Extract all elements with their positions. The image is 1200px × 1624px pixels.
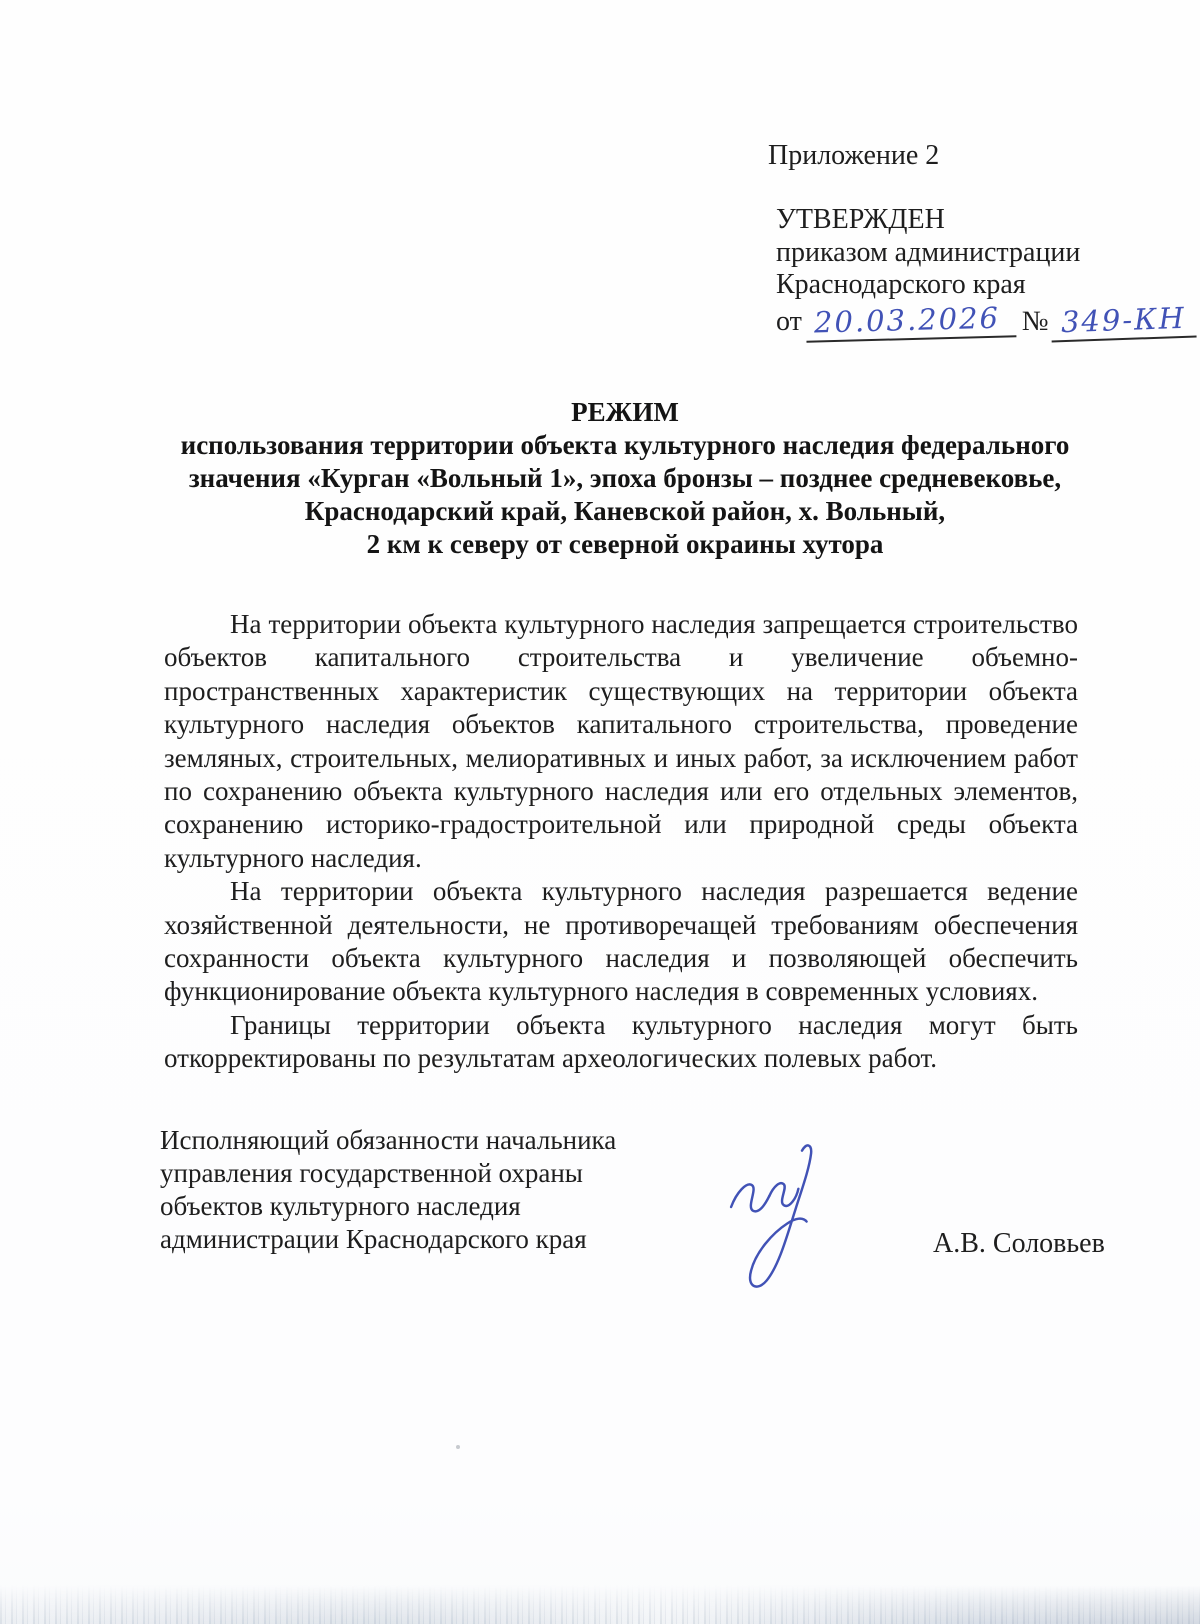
- approval-status: УТВЕРЖДЕН: [776, 204, 1196, 237]
- date-prefix-label: от: [776, 306, 802, 339]
- handwritten-signature-icon: [722, 1128, 822, 1306]
- approval-block: УТВЕРЖДЕН приказом администрации Краснод…: [776, 204, 1196, 339]
- document-body: На территории объекта культурного наслед…: [164, 608, 1078, 1076]
- signatory-name: А.В. Соловьев: [933, 1228, 1105, 1260]
- title-line: 2 км к северу от северной окраины хутора: [145, 528, 1105, 561]
- approval-by-line: приказом администрации: [776, 237, 1196, 270]
- signatory-position-line: объектов культурного наследия: [160, 1190, 616, 1223]
- body-paragraph: Границы территории объекта культурного н…: [164, 1009, 1078, 1076]
- document-page: Приложение 2 УТВЕРЖДЕН приказом админист…: [0, 0, 1200, 1624]
- approval-by-line: Краснодарского края: [776, 269, 1196, 302]
- scan-edge-smudge: [0, 1582, 1200, 1624]
- title-line: Краснодарский край, Каневской район, х. …: [145, 495, 1105, 528]
- approval-date-line: от 20.03.2026 № 349-КН: [776, 304, 1196, 340]
- signatory-position-line: управления государственной охраны: [160, 1157, 616, 1190]
- signatory-position-line: администрации Краснодарского края: [160, 1223, 616, 1256]
- body-paragraph: На территории объекта культурного наслед…: [164, 875, 1078, 1009]
- number-sign-label: №: [1022, 306, 1049, 339]
- scan-artifact-dot: [456, 1445, 460, 1449]
- document-title: РЕЖИМ использования территории объекта к…: [145, 396, 1105, 561]
- title-line: значения «Курган «Вольный 1», эпоха брон…: [145, 462, 1105, 495]
- appendix-label: Приложение 2: [768, 140, 939, 172]
- title-line: использования территории объекта культур…: [145, 429, 1105, 462]
- handwritten-date: 20.03.2026: [805, 301, 1016, 342]
- handwritten-order-number: 349-КН: [1050, 301, 1196, 342]
- title-heading: РЕЖИМ: [145, 396, 1105, 429]
- signatory-position-block: Исполняющий обязанности начальника управ…: [160, 1124, 616, 1256]
- body-paragraph: На территории объекта культурного наслед…: [164, 608, 1078, 875]
- signatory-position-line: Исполняющий обязанности начальника: [160, 1124, 616, 1157]
